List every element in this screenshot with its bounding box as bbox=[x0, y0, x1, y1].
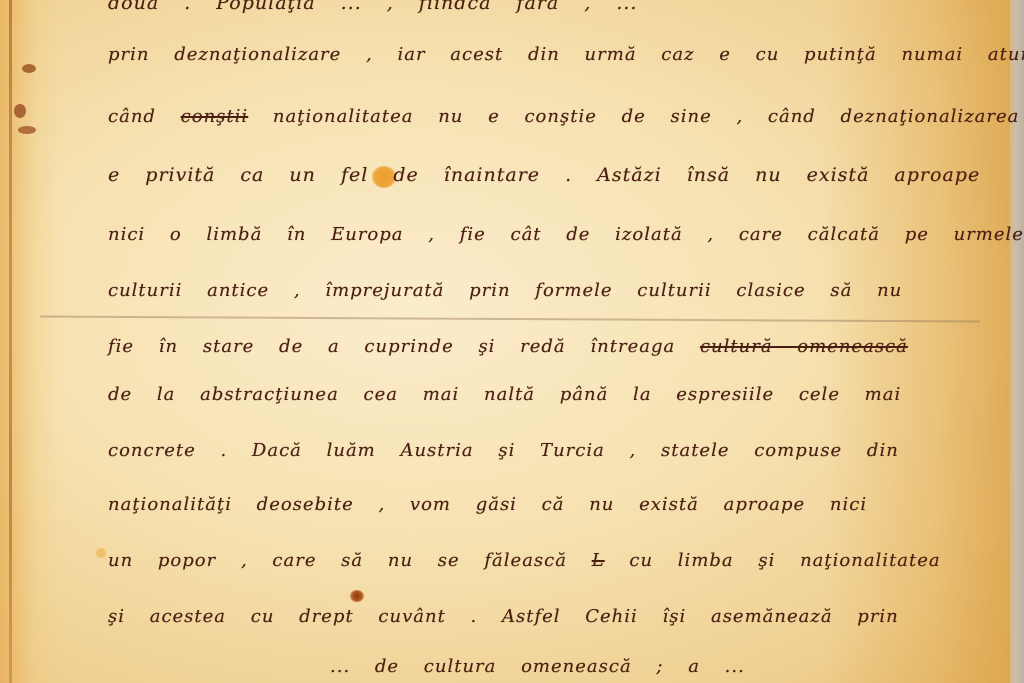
margin-stain bbox=[18, 126, 36, 134]
manuscript-line-5: nici o limbă în Europa , fie cât de izol… bbox=[108, 224, 1024, 245]
manuscript-line-2: prin deznaţionalizare , iar acest din ur… bbox=[108, 44, 1024, 65]
margin-stain bbox=[14, 104, 26, 118]
margin-line bbox=[9, 0, 12, 683]
manuscript-line-6: culturii antice , împrejurată prin forme… bbox=[108, 280, 902, 301]
line-text: cu limba şi naţionalitatea bbox=[629, 550, 940, 571]
manuscript-page: două . Populaţia ... , fiindcă fără , ..… bbox=[0, 0, 1024, 683]
manuscript-line-9: concrete . Dacă luăm Austria şi Turcia ,… bbox=[108, 440, 899, 461]
manuscript-line-13: ... de cultura omenească ; a ... bbox=[330, 656, 745, 677]
paper-edge-right bbox=[1010, 0, 1024, 683]
manuscript-line-12: şi acestea cu drept cuvânt . Astfel Cehi… bbox=[108, 606, 899, 627]
line-text: când bbox=[108, 106, 156, 127]
ink-stain-brown bbox=[350, 590, 364, 602]
line-text: naţionalitatea nu e conştie de sine , câ… bbox=[273, 106, 1020, 127]
manuscript-line-3: când conştii naţionalitatea nu e conştie… bbox=[108, 106, 1019, 127]
struck-word: conştii bbox=[181, 106, 249, 127]
line-text: un popor , care să nu se fălească bbox=[108, 550, 567, 571]
manuscript-line-8: de la abstracţiunea cea mai naltă până l… bbox=[108, 384, 901, 405]
manuscript-line-10: naţionalităţi deosebite , vom găsi că nu… bbox=[108, 494, 867, 515]
manuscript-line-11: un popor , care să nu se fălească L cu l… bbox=[108, 550, 941, 571]
struck-words: cultură omenească bbox=[700, 336, 908, 357]
manuscript-line-7: fie în stare de a cuprinde şi redă între… bbox=[108, 336, 908, 357]
struck-letter: L bbox=[592, 550, 605, 571]
manuscript-line-1: două . Populaţia ... , fiindcă fără , ..… bbox=[108, 0, 637, 14]
margin-stain bbox=[22, 64, 36, 73]
manuscript-line-4: e privită ca un fel de înaintare . Astăz… bbox=[108, 164, 980, 186]
line-text: fie în stare de a cuprinde şi redă între… bbox=[108, 336, 675, 357]
faint-stain bbox=[96, 548, 106, 558]
